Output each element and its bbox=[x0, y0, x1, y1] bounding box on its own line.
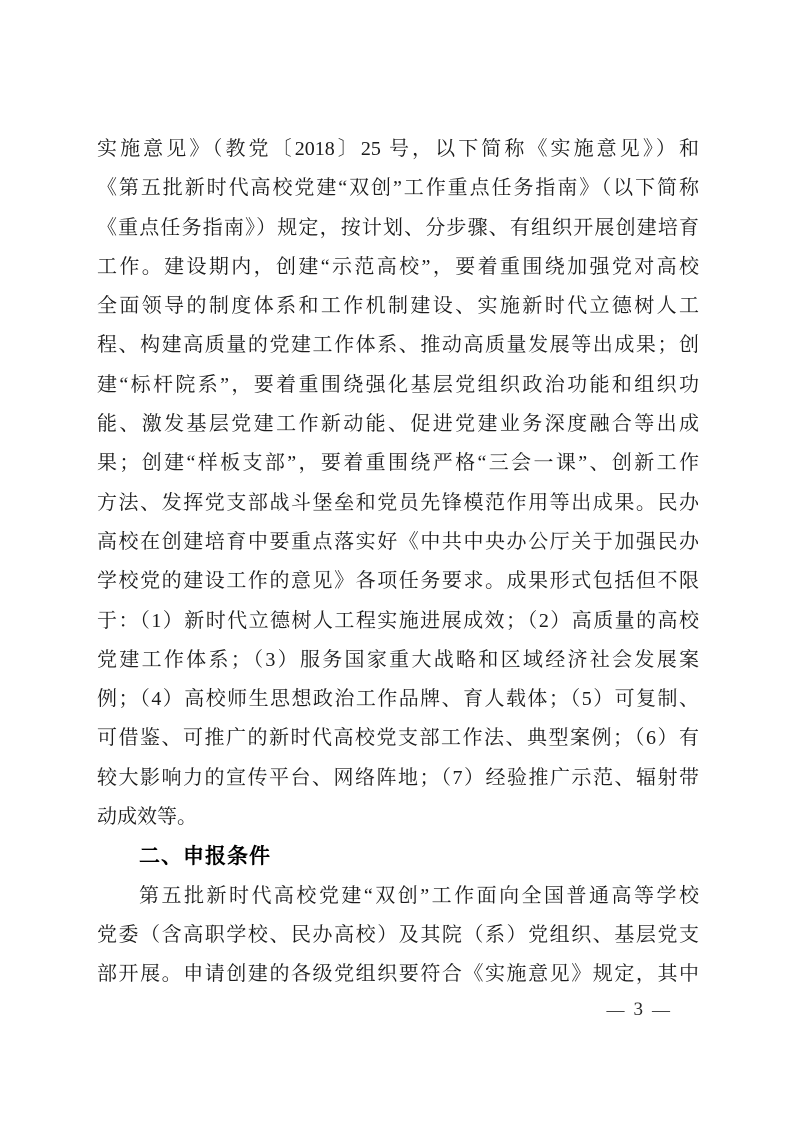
text-line: 部开展。申请创建的各级党组织要符合《实施意见》规定，其中 bbox=[97, 955, 699, 994]
text-line: 工作。建设期内，创建“示范高校”，要着重围绕加强党对高校 bbox=[97, 248, 699, 287]
text-line: 学校党的建设工作的意见》各项任务要求。成果形式包括但不限 bbox=[97, 562, 699, 601]
page-number-dash-left: — bbox=[607, 1000, 625, 1020]
text-line: 《重点任务指南》）规定，按计划、分步骤、有组织开展创建培育 bbox=[97, 209, 699, 248]
text-line: 方法、发挥党支部战斗堡垒和党员先锋模范作用等出成果。民办 bbox=[97, 484, 699, 523]
text-line: 建“标杆院系”，要着重围绕强化基层党组织政治功能和组织功 bbox=[97, 366, 699, 405]
text-line: 能、激发基层党建工作新动能、促进党建业务深度融合等出成 bbox=[97, 405, 699, 444]
text-line: 党委（含高职学校、民办高校）及其院（系）党组织、基层党支 bbox=[97, 916, 699, 955]
text-line: 高校在创建培育中要重点落实好《中共中央办公厅关于加强民办 bbox=[97, 523, 699, 562]
text-line: 党建工作体系；（3）服务国家重大战略和区域经济社会发展案 bbox=[97, 641, 699, 680]
document-page: 实施意见》（教党〔2018〕25 号，以下简称《实施意见》）和 《第五批新时代高… bbox=[0, 0, 794, 1122]
text-line: 《第五批新时代高校党建“双创”工作重点任务指南》（以下简称 bbox=[97, 169, 699, 208]
page-number-value: 3 bbox=[634, 1000, 644, 1020]
text-line: 于：（1）新时代立德树人工程实施进展成效；（2）高质量的高校 bbox=[97, 602, 699, 641]
text-line: 较大影响力的宣传平台、网络阵地；（7）经验推广示范、辐射带 bbox=[97, 759, 699, 798]
text-line: 例；（4）高校师生思想政治工作品牌、育人载体；（5）可复制、 bbox=[97, 680, 699, 719]
page-number: — 3 — bbox=[607, 1000, 671, 1020]
text-line: 可借鉴、可推广的新时代高校党支部工作法、典型案例；（6）有 bbox=[97, 719, 699, 758]
text-line: 第五批新时代高校党建“双创”工作面向全国普通高等学校 bbox=[97, 877, 699, 916]
text-line: 实施意见》（教党〔2018〕25 号，以下简称《实施意见》）和 bbox=[97, 130, 699, 169]
page-number-dash-right: — bbox=[652, 1000, 670, 1020]
text-line: 全面领导的制度体系和工作机制建设、实施新时代立德树人工 bbox=[97, 287, 699, 326]
section-heading: 二、申报条件 bbox=[97, 837, 699, 876]
text-line: 动成效等。 bbox=[97, 798, 699, 837]
text-line: 果；创建“样板支部”，要着重围绕严格“三会一课”、创新工作 bbox=[97, 444, 699, 483]
text-line: 程、构建高质量的党建工作体系、推动高质量发展等出成果；创 bbox=[97, 326, 699, 365]
document-body: 实施意见》（教党〔2018〕25 号，以下简称《实施意见》）和 《第五批新时代高… bbox=[97, 130, 699, 995]
